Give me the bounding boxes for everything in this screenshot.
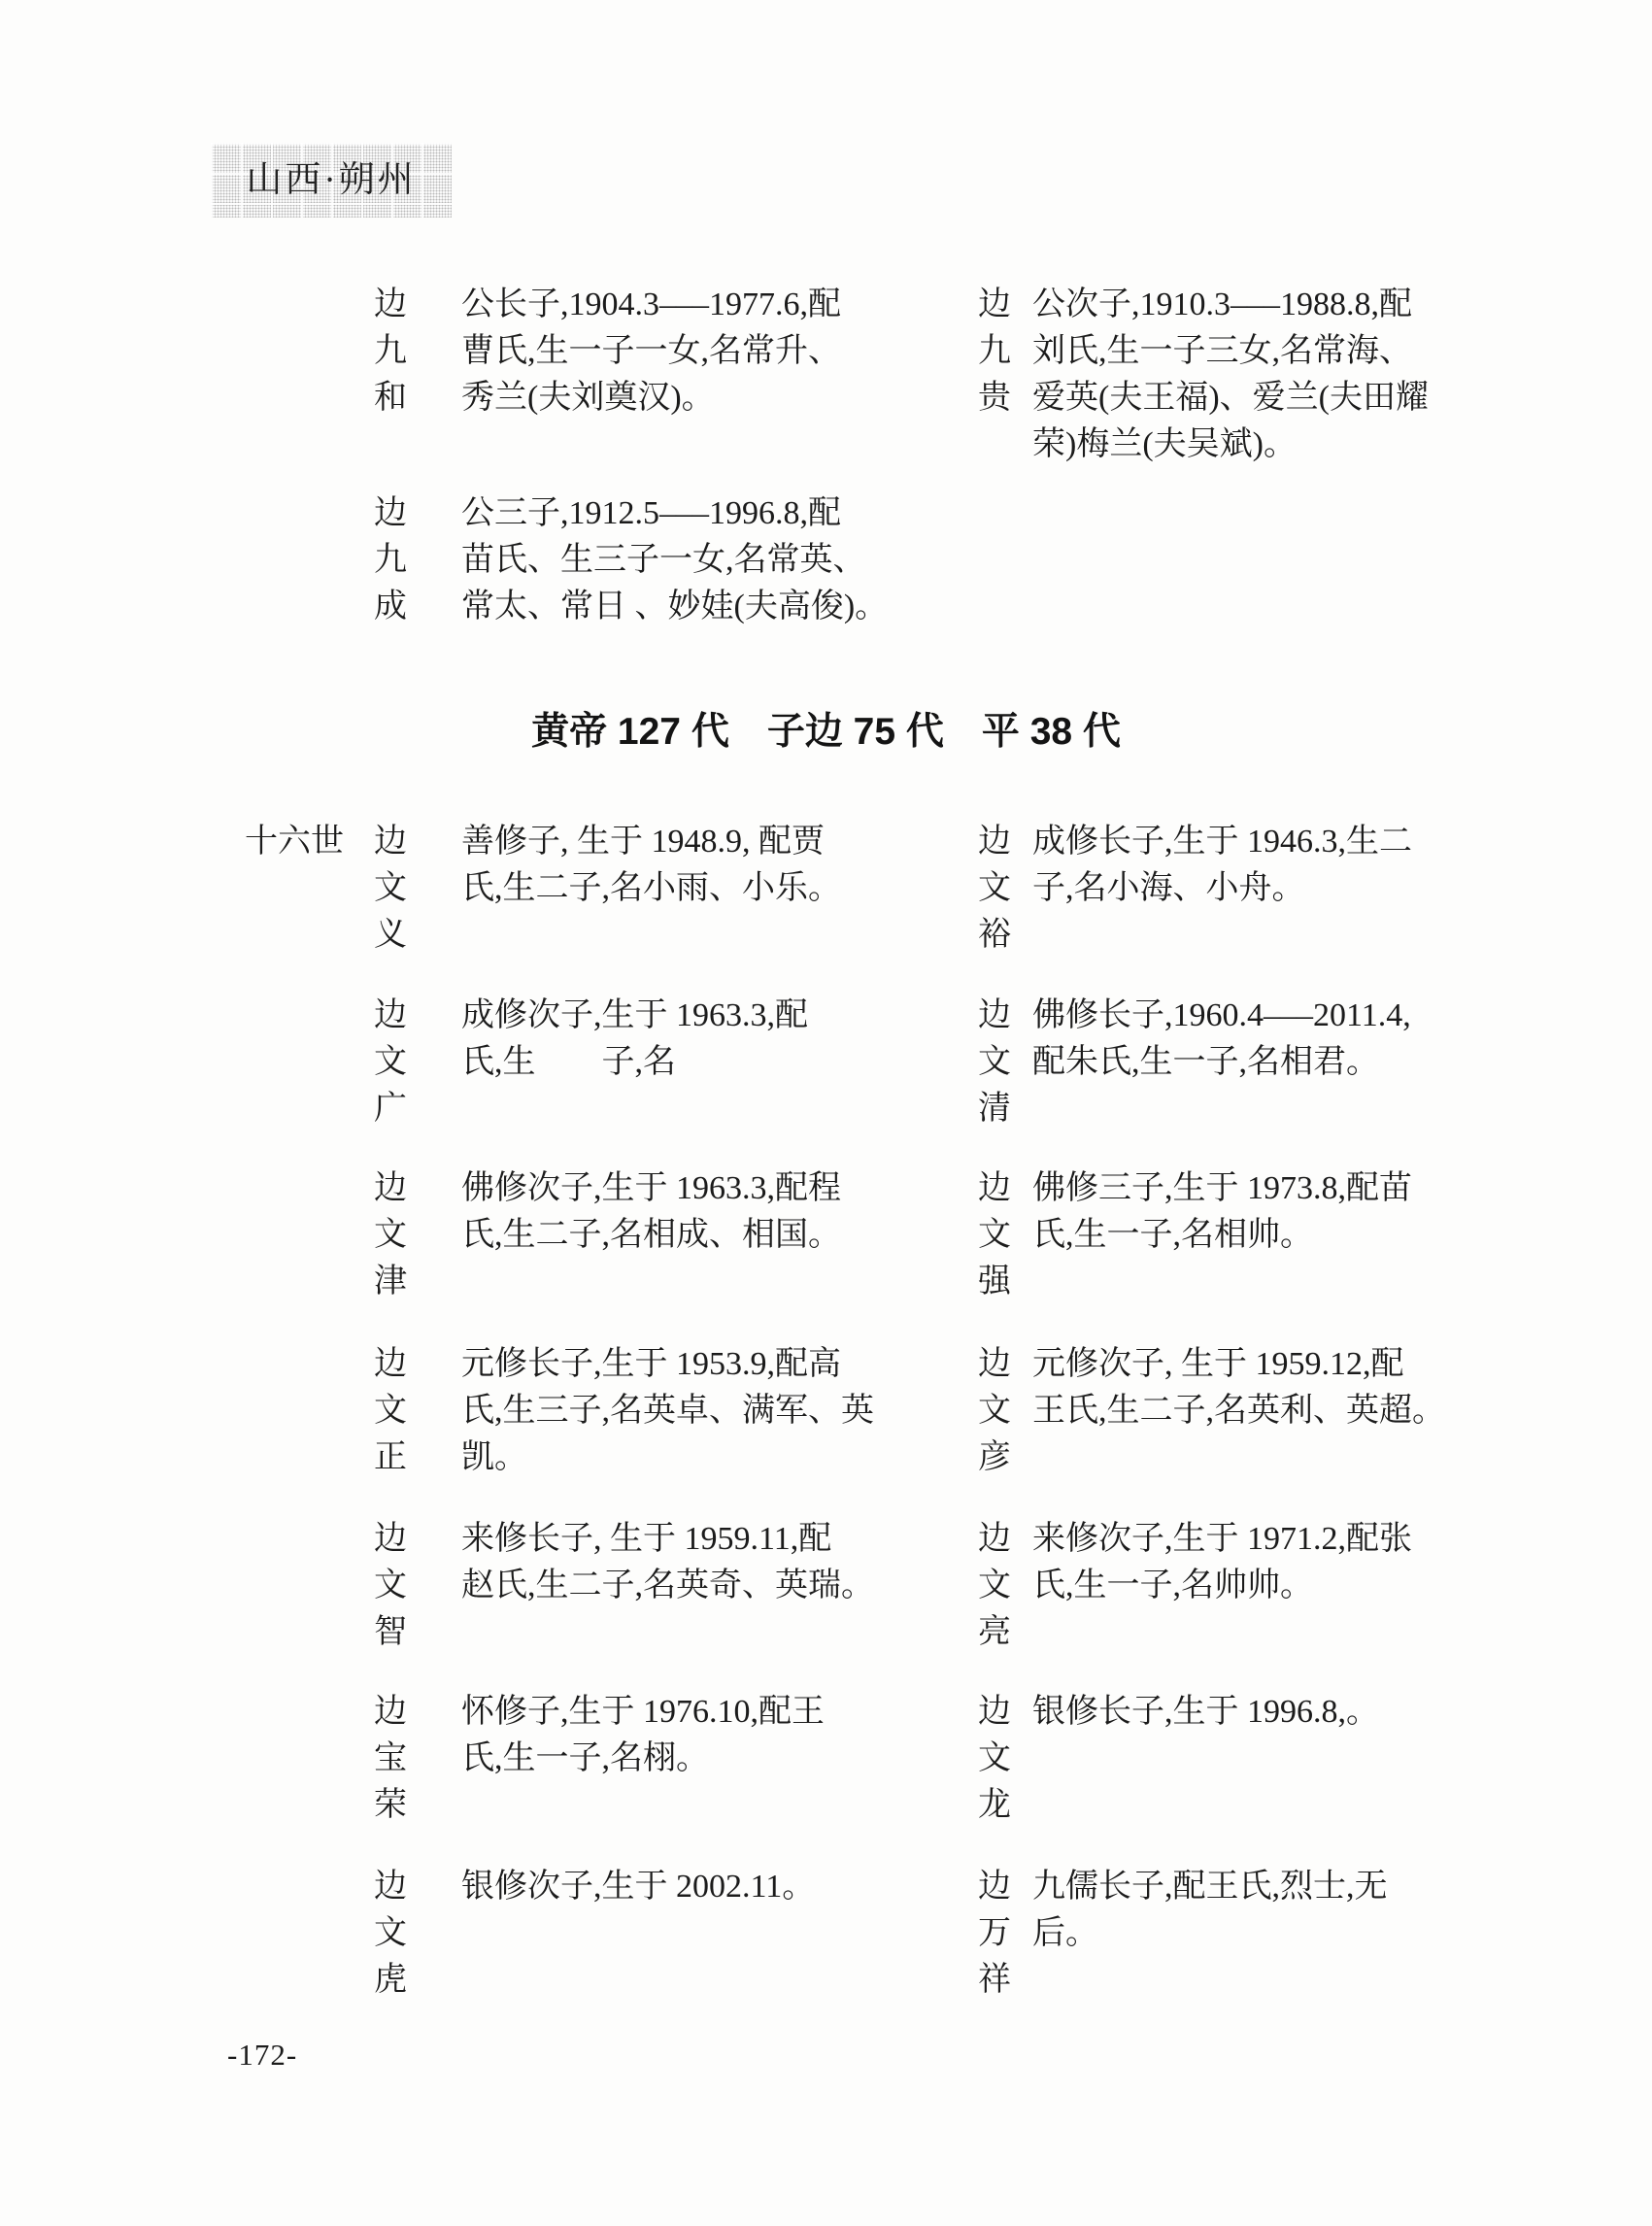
entry-name: 边文裕 (978, 819, 1019, 959)
entry-name: 边文津 (374, 1165, 415, 1305)
entry-name: 边文义 (374, 819, 415, 959)
entry-name: 边九和 (374, 282, 415, 422)
entry-text: 公次子,1910.3–––1988.8,配 刘氏,生一子三女,名常海、 爱英(夫… (1032, 282, 1497, 468)
document-page: 山西·朔州 边九和 公长子,1904.3–––1977.6,配 曹氏,生一子一女… (0, 0, 1652, 2226)
entry-text: 元修次子, 生于 1959.12,配 王氏,生二子,名英利、英超。 (1032, 1341, 1497, 1434)
entry-name: 边文虎 (374, 1864, 415, 2004)
entry-text: 银修长子,生于 1996.8,。 (1032, 1689, 1497, 1736)
entry-name: 边文龙 (978, 1689, 1019, 1829)
entry-text: 银修次子,生于 2002.11。 (461, 1864, 926, 1910)
entry-text: 九儒长子,配王氏,烈士,无 后。 (1032, 1864, 1497, 1957)
generation-label: 十六世 (245, 819, 344, 865)
entry-text: 成修次子,生于 1963.3,配 氏,生 子,名 (461, 993, 926, 1086)
page-number: -172- (227, 2038, 297, 2073)
entry-text: 佛修次子,生于 1963.3,配程 氏,生二子,名相成、相国。 (461, 1165, 926, 1259)
entry-text: 佛修三子,生于 1973.8,配苗 氏,生一子,名相帅。 (1032, 1165, 1497, 1259)
entry-name: 边文彦 (978, 1341, 1019, 1481)
entry-name: 边文广 (374, 993, 415, 1132)
entry-text: 元修长子,生于 1953.9,配高 氏,生三子,名英卓、满军、英 凯。 (461, 1341, 926, 1481)
entry-text: 公长子,1904.3–––1977.6,配 曹氏,生一子一女,名常升、 秀兰(夫… (461, 282, 926, 422)
entry-name: 边九成 (374, 490, 415, 630)
entry-text: 来修长子, 生于 1959.11,配 赵氏,生二子,名英奇、英瑞。 (461, 1516, 926, 1609)
entry-text: 佛修长子,1960.4–––2011.4, 配朱氏,生一子,名相君。 (1032, 993, 1497, 1086)
entry-name: 边文智 (374, 1516, 415, 1656)
entry-text: 公三子,1912.5–––1996.8,配 苗氏、生三子一女,名常英、 常太、常… (461, 490, 926, 630)
entry-name: 边文清 (978, 993, 1019, 1132)
entry-name: 边万祥 (978, 1864, 1019, 2004)
region-badge: 山西·朔州 (211, 143, 452, 218)
entry-name: 边文正 (374, 1341, 415, 1481)
entry-text: 怀修子,生于 1976.10,配王 氏,生一子,名栩。 (461, 1689, 926, 1782)
generation-heading: 黄帝 127 代 子边 75 代 平 38 代 (0, 710, 1652, 755)
entry-text: 成修长子,生于 1946.3,生二 子,名小海、小舟。 (1032, 819, 1497, 912)
entry-text: 善修子, 生于 1948.9, 配贾 氏,生二子,名小雨、小乐。 (461, 819, 926, 912)
entry-name: 边九贵 (978, 282, 1019, 422)
entry-text: 来修次子,生于 1971.2,配张 氏,生一子,名帅帅。 (1032, 1516, 1497, 1609)
entry-name: 边文亮 (978, 1516, 1019, 1656)
entry-name: 边宝荣 (374, 1689, 415, 1829)
entry-name: 边文强 (978, 1165, 1019, 1305)
